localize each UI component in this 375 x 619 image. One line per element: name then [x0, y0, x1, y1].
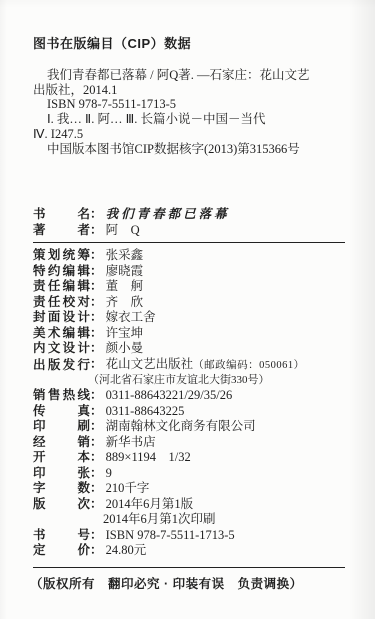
field-row-publisher: 出版发行： 花山文艺出版社（邮政编码：050061）	[33, 357, 349, 374]
field-value: 嫁衣工舍	[106, 310, 156, 324]
cip-line-classification-2: Ⅳ. I247.5	[33, 127, 349, 142]
cip-block: 我们青春都已落幕 / 阿Q著. —石家庄：花山文艺 出版社，2014.1 ISB…	[33, 68, 349, 156]
field-value: 新华书店	[106, 435, 156, 449]
author-value: 阿 Q	[106, 223, 140, 237]
field-label: 定价	[33, 543, 90, 559]
field-label: 著者	[33, 223, 90, 239]
field-row-title: 书名： 我们青春都已落幕	[33, 207, 349, 223]
field-label: 开本	[33, 450, 90, 466]
publisher-value: 花山文艺出版社	[106, 357, 194, 371]
label-colon: ：	[90, 248, 103, 262]
isbn-value: ISBN 978-7-5511-1713-5	[106, 528, 235, 542]
label-colon: ：	[90, 497, 103, 511]
field-value: 9	[106, 466, 112, 480]
field-value: 齐 欣	[106, 295, 144, 309]
field-row-isbn: 书号： ISBN 978-7-5511-1713-5	[33, 528, 349, 544]
field-row-proofreader: 责任校对： 齐 欣	[33, 295, 349, 311]
price-value: 24.80元	[106, 543, 147, 557]
label-colon: ：	[90, 481, 103, 495]
field-row-sheets: 印张： 9	[33, 466, 349, 482]
field-row-responsible-editor: 责任编辑： 董 舸	[33, 279, 349, 295]
field-value: 0311-88643221/29/35/26	[106, 388, 233, 402]
copyright-page: 图书在版编目（CIP）数据 我们青春都已落幕 / 阿Q著. —石家庄：花山文艺 …	[0, 0, 375, 592]
label-colon: ：	[90, 207, 103, 221]
label-colon: ：	[90, 326, 103, 340]
field-label: 印张	[33, 466, 90, 482]
field-row-price: 定价： 24.80元	[33, 543, 349, 559]
printing-run-value: 2014年6月第1次印刷	[33, 512, 349, 528]
field-row-format: 开本： 889×1194 1/32	[33, 450, 349, 466]
field-label: 内文设计	[33, 341, 90, 357]
book-info-table: 书名： 我们青春都已落幕 著者： 阿 Q 策划统筹： 张采鑫 特约编辑： 廖晓霞…	[33, 207, 349, 559]
field-row-author: 著者： 阿 Q	[33, 223, 349, 239]
field-label: 书号	[33, 528, 90, 544]
field-row-fax: 传真： 0311-88643225	[33, 404, 349, 420]
field-value: 董 舸	[106, 279, 144, 293]
field-label: 封面设计	[33, 310, 90, 326]
cip-line-isbn: ISBN 978-7-5511-1713-5	[33, 97, 349, 112]
divider-line	[33, 567, 345, 568]
divider-line	[33, 242, 345, 243]
label-colon: ：	[90, 357, 103, 371]
label-colon: ：	[90, 295, 103, 309]
label-colon: ：	[90, 404, 103, 418]
label-colon: ：	[90, 388, 103, 402]
field-label: 特约编辑	[33, 264, 90, 280]
field-row-edition: 版次： 2014年6月第1版	[33, 497, 349, 513]
field-row-cover-design: 封面设计： 嫁衣工舍	[33, 310, 349, 326]
cip-line: 出版社，2014.1	[33, 83, 349, 98]
cip-heading: 图书在版编目（CIP）数据	[33, 36, 349, 51]
field-label: 传真	[33, 404, 90, 420]
label-colon: ：	[90, 341, 103, 355]
field-label: 销售热线	[33, 388, 90, 404]
field-label: 美术编辑	[33, 326, 90, 342]
copyright-notice: （版权所有 翻印必究 · 印装有误 负责调换）	[30, 574, 349, 592]
label-colon: ：	[90, 435, 103, 449]
postal-code-note: （邮政编码：050061）	[193, 360, 305, 371]
field-row-sales-hotline: 销售热线： 0311-88643221/29/35/26	[33, 388, 349, 404]
book-title-value: 我们青春都已落幕	[106, 207, 230, 221]
edition-value: 2014年6月第1版	[106, 497, 194, 511]
field-value: 许宝坤	[106, 326, 144, 340]
field-label: 经销	[33, 435, 90, 451]
field-label: 责任编辑	[33, 279, 90, 295]
section-gap	[33, 156, 349, 207]
label-colon: ：	[90, 264, 103, 278]
label-colon: ：	[90, 310, 103, 324]
field-row-interior-design: 内文设计： 颜小曼	[33, 341, 349, 357]
cip-line-classification: Ⅰ. 我… Ⅱ. 阿… Ⅲ. 长篇小说－中国－当代	[33, 112, 349, 127]
field-value: 889×1194 1/32	[106, 450, 191, 464]
field-label: 版次	[33, 497, 90, 513]
cip-line: 我们青春都已落幕 / 阿Q著. —石家庄：花山文艺	[33, 68, 349, 83]
field-value: 廖晓霞	[106, 264, 144, 278]
field-label: 策划统筹	[33, 248, 90, 264]
label-colon: ：	[90, 419, 103, 433]
publisher-address: （河北省石家庄市友谊北大街330号）	[33, 373, 349, 388]
label-colon: ：	[90, 223, 103, 237]
label-colon: ：	[90, 528, 103, 542]
field-label: 出版发行	[33, 358, 90, 374]
label-colon: ：	[90, 466, 103, 480]
field-value: 0311-88643225	[106, 404, 185, 418]
field-value: 张采鑫	[106, 248, 144, 262]
field-row-printer: 印刷： 湖南翰林文化商务有限公司	[33, 419, 349, 435]
label-colon: ：	[90, 279, 103, 293]
field-label: 印刷	[33, 419, 90, 435]
field-row-distributor: 经销： 新华书店	[33, 435, 349, 451]
label-colon: ：	[90, 543, 103, 557]
field-row-art-editor: 美术编辑： 许宝坤	[33, 326, 349, 342]
field-value: 湖南翰林文化商务有限公司	[106, 419, 256, 433]
field-row-contributing-editor: 特约编辑： 廖晓霞	[33, 264, 349, 280]
label-colon: ：	[90, 450, 103, 464]
field-label: 书名	[33, 207, 90, 223]
field-row-planning: 策划统筹： 张采鑫	[33, 248, 349, 264]
field-value: 210千字	[106, 481, 150, 495]
field-label: 字数	[33, 481, 90, 497]
field-label: 责任校对	[33, 295, 90, 311]
cip-line-record-number: 中国版本图书馆CIP数据核字(2013)第315366号	[33, 142, 349, 157]
field-value: 颜小曼	[106, 341, 144, 355]
field-value: 2014年6月第1次印刷	[103, 512, 216, 526]
field-row-word-count: 字数： 210千字	[33, 481, 349, 497]
